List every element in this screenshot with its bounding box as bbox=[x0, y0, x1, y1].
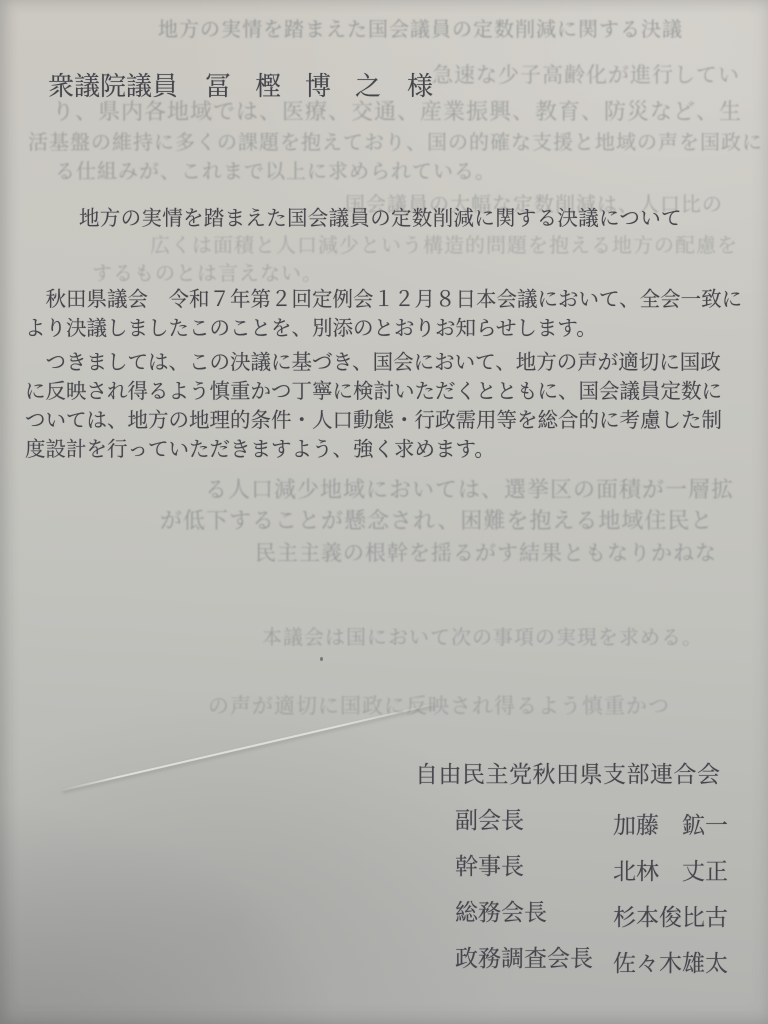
officer-row: 政務調査会長 佐々木雄太 bbox=[455, 940, 728, 973]
officer-title: 幹事長 bbox=[455, 848, 613, 881]
bleedthrough-line: る人口減少地域においては、選挙区の面積が一層拡 bbox=[205, 473, 734, 504]
addressee-honorific: 様 bbox=[407, 72, 433, 101]
letter-photo: 地方の実情を踏まえた国会議員の定数削減に関する決議 急速な少子高齢化が進行してい… bbox=[0, 0, 768, 1024]
paragraph-line: より決議しましたこのことを、別添のとおりお知らせします。 bbox=[25, 315, 742, 344]
officer-name: 杉本俊比古 bbox=[613, 899, 728, 932]
letter-title: 地方の実情を踏まえた国会議員の定数削減に関する決議について bbox=[79, 201, 682, 231]
paragraph-line: 度設計を行っていただきますよう、強く求めます。 bbox=[25, 436, 722, 465]
paragraph-line: ついては、地方の地理的条件・人口動態・行政需用等を総合的に考慮した制 bbox=[25, 407, 722, 436]
paragraph-line: に反映され得るよう慎重かつ丁寧に検討いただくとともに、国会議員定数に bbox=[25, 378, 722, 407]
officer-row: 幹事長 北林 丈正 bbox=[455, 848, 728, 881]
paper-speck bbox=[320, 657, 323, 661]
signature-block: 自由民主党秋田県支部連合会 副会長 加藤 鉱一 幹事長 北林 丈正 総務会長 杉… bbox=[415, 756, 728, 973]
paragraph-2: つきましては、この決議に基づき、国会において、地方の声が適切に国政 に反映され得… bbox=[25, 349, 722, 465]
bleedthrough-line: するものとは言えない。 bbox=[92, 257, 323, 286]
bleedthrough-line: 急速な少子高齢化が進行してい bbox=[432, 59, 740, 89]
officer-title: 副会長 bbox=[455, 802, 613, 835]
bleedthrough-line: の声が適切に国政に反映され得るよう慎重かつ bbox=[208, 690, 670, 720]
bleedthrough-line: が低下することが懸念され、困難を抱える地域住民と bbox=[160, 504, 713, 535]
addressee-office: 衆議院議員 bbox=[48, 72, 178, 101]
officer-title: 総務会長 bbox=[455, 894, 613, 927]
officer-name: 北林 丈正 bbox=[613, 853, 728, 886]
officer-row: 副会長 加藤 鉱一 bbox=[455, 802, 728, 835]
paragraph-line: つきましては、この決議に基づき、国会において、地方の声が適切に国政 bbox=[25, 349, 722, 378]
officer-title: 政務調査会長 bbox=[455, 940, 613, 973]
addressee-name: 冨樫博之 bbox=[205, 72, 405, 101]
bleedthrough-line: る仕組みが、これまで以上に求められている。 bbox=[55, 155, 496, 184]
bleedthrough-line: 広くは面積と人口減少という構造的問題を抱える地方の配慮を bbox=[150, 229, 738, 258]
officer-row: 総務会長 杉本俊比古 bbox=[455, 894, 728, 927]
officer-name: 佐々木雄太 bbox=[613, 945, 728, 978]
bleedthrough-line: 民主主義の根幹を揺るがす結果ともなりかねな bbox=[255, 537, 717, 567]
paragraph-line: 秋田県議会 令和７年第２回定例会１２月８日本会議において、全会一致に bbox=[25, 286, 742, 315]
paragraph-1: 秋田県議会 令和７年第２回定例会１２月８日本会議において、全会一致に より決議し… bbox=[25, 286, 742, 344]
bleedthrough-line: 本議会は国において次の事項の実現を求める。 bbox=[262, 621, 703, 650]
signature-organization: 自由民主党秋田県支部連合会 bbox=[415, 756, 728, 789]
officer-name: 加藤 鉱一 bbox=[613, 807, 728, 840]
bleedthrough-line: 活基盤の維持に多くの課題を抱えており、国の的確な支援と地域の声を国政に bbox=[28, 126, 763, 155]
bleedthrough-line: 地方の実情を踏まえた国会議員の定数削減に関する決議 bbox=[158, 13, 683, 42]
addressee-line: 衆議院議員冨樫博之様 bbox=[48, 66, 433, 103]
